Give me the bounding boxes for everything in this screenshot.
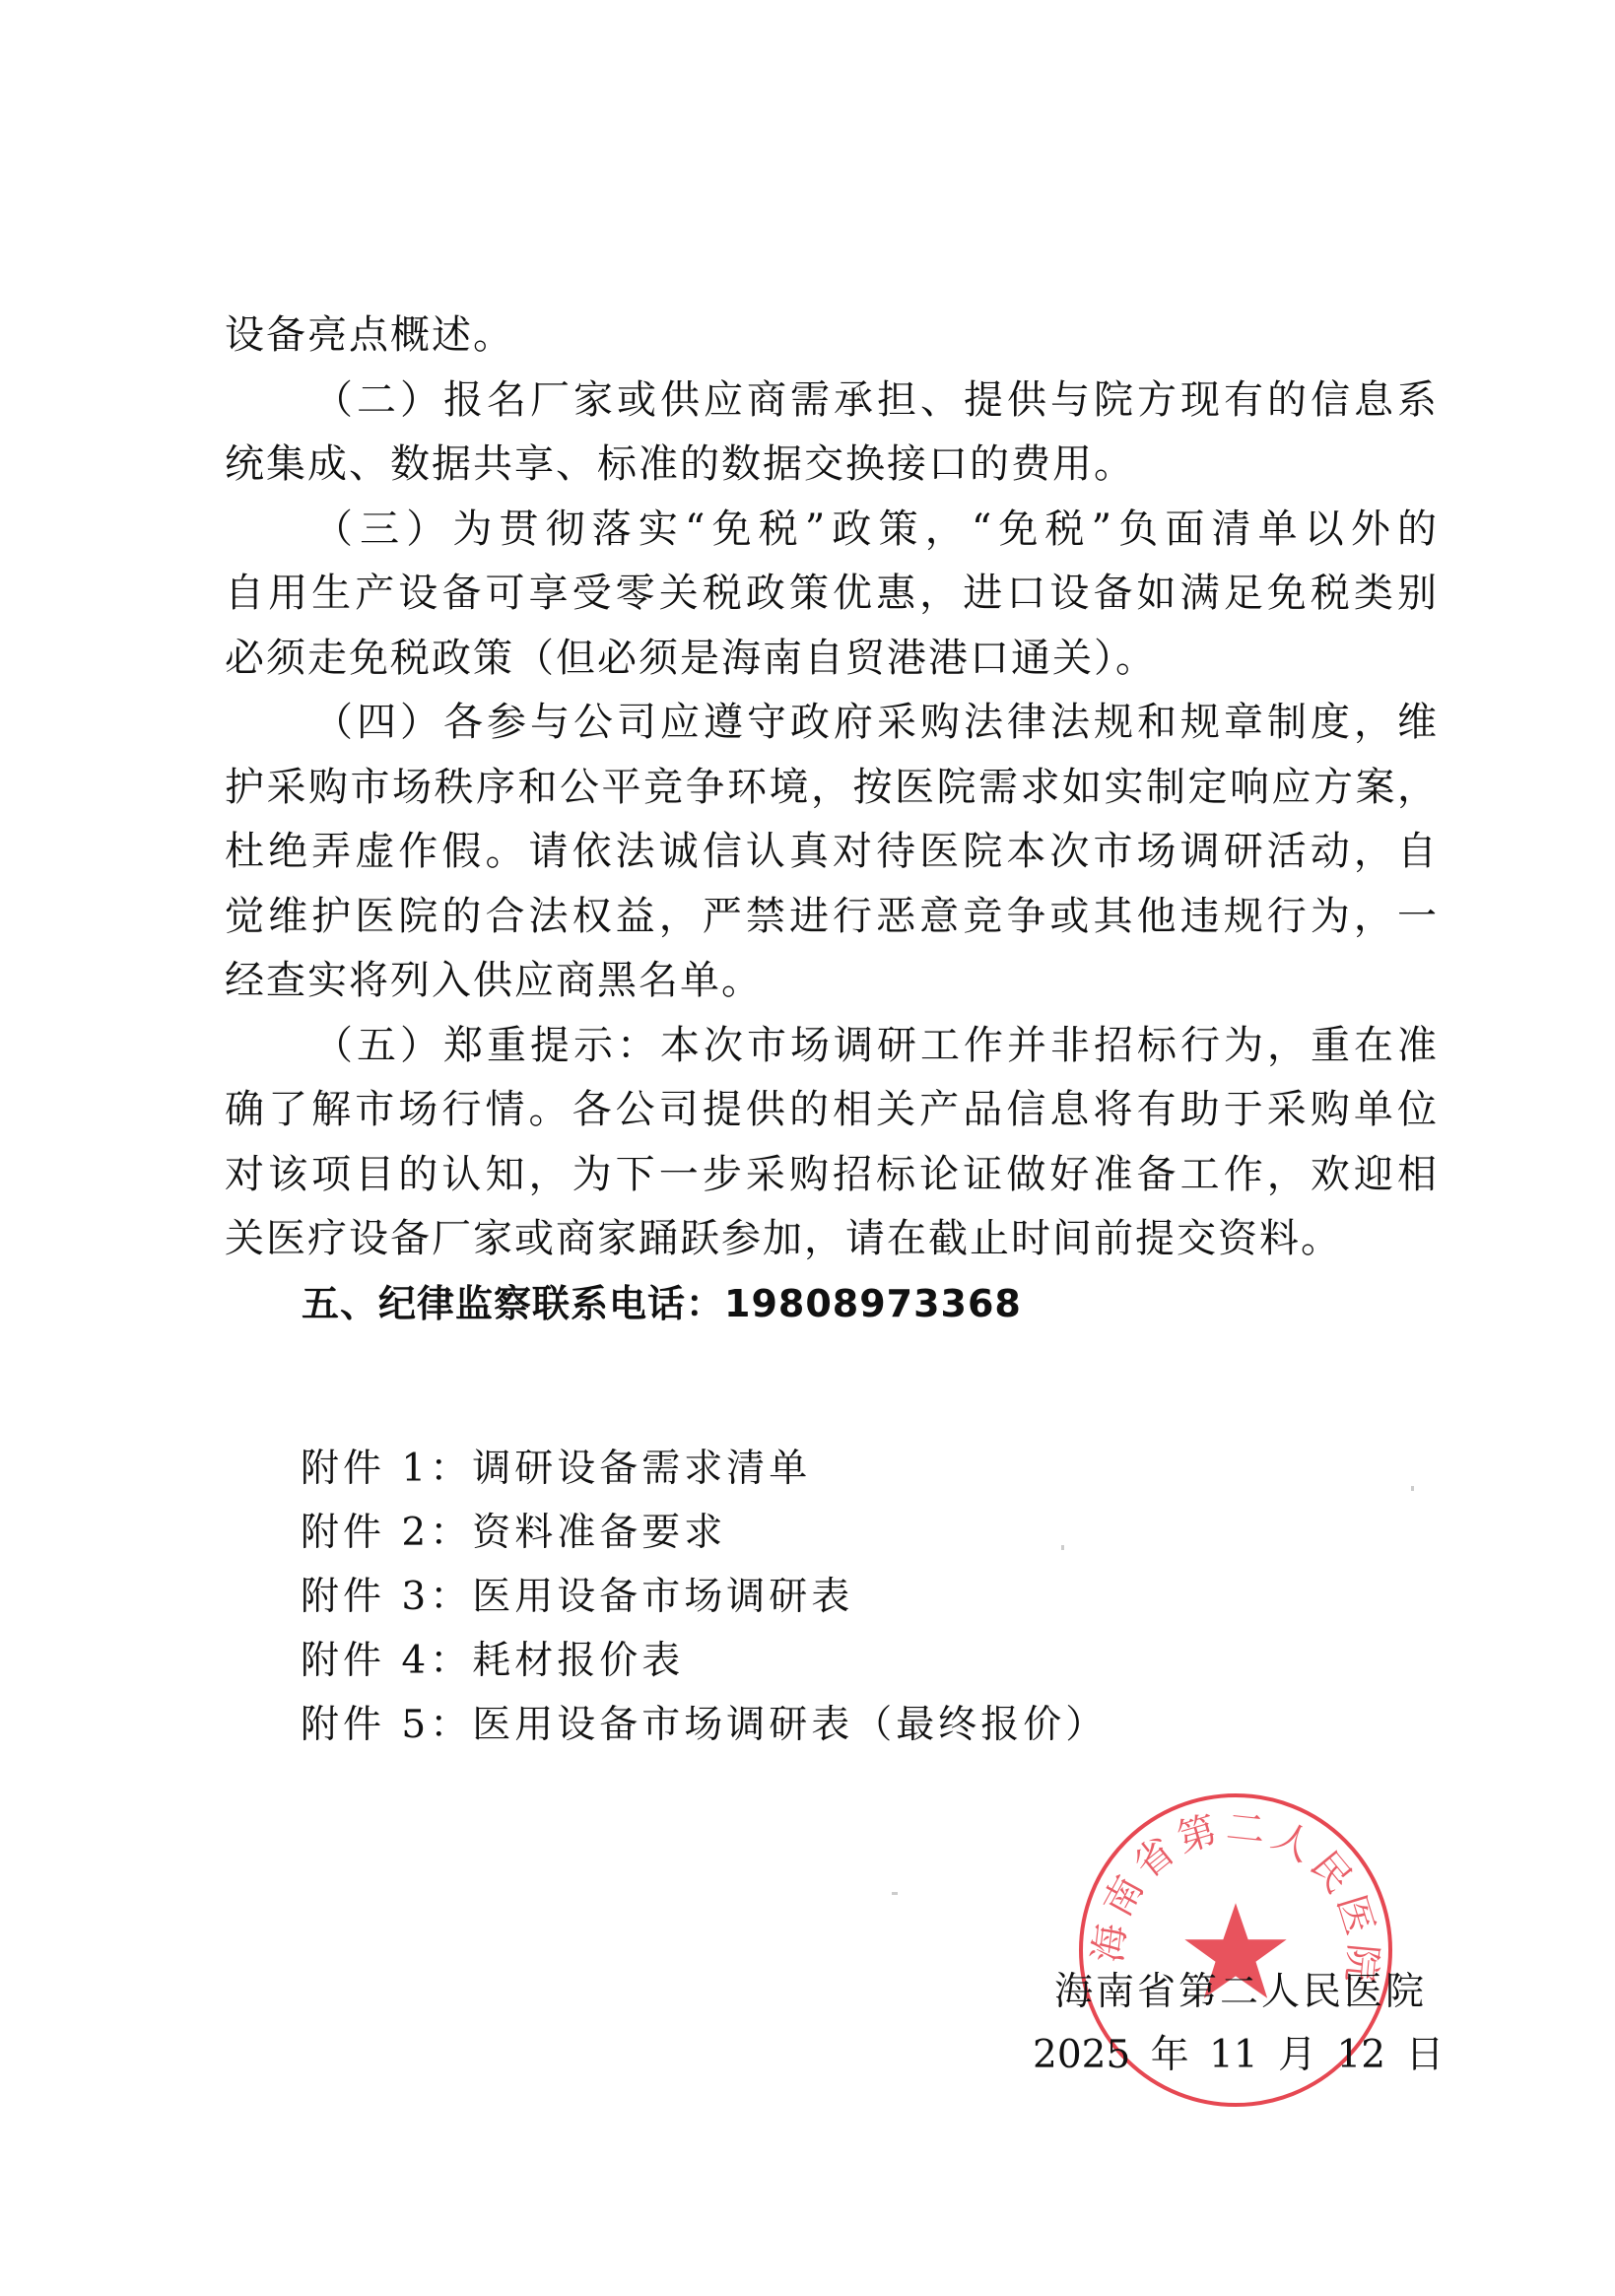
- attachment-title: 医用设备市场调研表（最终报价）: [472, 1703, 1108, 1747]
- paragraph-5-line-4: 关医疗设备厂家或商家踊跃参加，请在截止时间前提交资料。: [225, 1207, 1439, 1272]
- attachment-item: 附件 1：调研设备需求清单: [301, 1437, 1108, 1501]
- attachment-title: 医用设备市场调研表: [472, 1575, 853, 1619]
- attachment-label: 附件 1：: [301, 1447, 472, 1491]
- scan-speck: [892, 1892, 898, 1895]
- signature-block: 海南省第二人民医院 2025 年 11 月 12 日: [1033, 1961, 1427, 2087]
- attachment-label: 附件 3：: [301, 1575, 472, 1619]
- section-five-label: 五、纪律监察联系电话：: [302, 1282, 724, 1325]
- paragraph-5-line-3: 对该项目的认知，为下一步采购招标论证做好准备工作，欢迎相: [225, 1143, 1439, 1208]
- paragraph-3-line-1: （三）为贯彻落实“免税”政策，“免税”负面清单以外的: [225, 498, 1439, 563]
- paragraph-3-line-3: 必须走免税政策（但必须是海南自贸港港口通关）。: [225, 627, 1439, 692]
- scan-speck: [1061, 1545, 1064, 1550]
- section-five-heading: 五、纪律监察联系电话：19808973368: [225, 1272, 1439, 1337]
- attachment-title: 调研设备需求清单: [472, 1447, 811, 1491]
- attachment-item: 附件 4：耗材报价表: [301, 1629, 1108, 1693]
- attachment-label: 附件 2：: [301, 1511, 472, 1555]
- document-body: 设备亮点概述。 （二）报名厂家或供应商需承担、提供与院方现有的信息系 统集成、数…: [225, 304, 1439, 1336]
- attachment-item: 附件 5：医用设备市场调研表（最终报价）: [301, 1693, 1108, 1757]
- attachment-label: 附件 4：: [301, 1639, 472, 1683]
- paragraph-4-line-5: 经查实将列入供应商黑名单。: [225, 949, 1439, 1014]
- attachment-title: 资料准备要求: [472, 1511, 726, 1555]
- paragraph-5-line-1: （五）郑重提示：本次市场调研工作并非招标行为，重在准: [225, 1014, 1439, 1079]
- paragraph-5-line-2: 确了解市场行情。各公司提供的相关产品信息将有助于采购单位: [225, 1078, 1439, 1143]
- paragraph-2-line-1: （二）报名厂家或供应商需承担、提供与院方现有的信息系: [225, 369, 1439, 434]
- attachment-item: 附件 3：医用设备市场调研表: [301, 1565, 1108, 1629]
- scan-speck: [1411, 1486, 1414, 1491]
- paragraph-4-line-2: 护采购市场秩序和公平竞争环境，按医院需求如实制定响应方案，: [225, 756, 1439, 821]
- attachments-list: 附件 1：调研设备需求清单 附件 2：资料准备要求 附件 3：医用设备市场调研表…: [301, 1437, 1108, 1757]
- attachment-title: 耗材报价表: [472, 1639, 684, 1683]
- attachment-label: 附件 5：: [301, 1703, 472, 1747]
- paragraph-4-line-3: 杜绝弄虚作假。请依法诚信认真对待医院本次市场调研活动，自: [225, 820, 1439, 885]
- signature-date: 2025 年 11 月 12 日: [1033, 2024, 1427, 2087]
- paragraph-4-line-4: 觉维护医院的合法权益，严禁进行恶意竞争或其他违规行为，一: [225, 885, 1439, 950]
- paragraph-4-line-1: （四）各参与公司应遵守政府采购法律法规和规章制度，维: [225, 691, 1439, 756]
- document-page: 设备亮点概述。 （二）报名厂家或供应商需承担、提供与院方现有的信息系 统集成、数…: [0, 0, 1615, 2296]
- paragraph-3-line-2: 自用生产设备可享受零关税政策优惠，进口设备如满足免税类别: [225, 562, 1439, 627]
- paragraph-continuation-line: 设备亮点概述。: [225, 304, 1439, 369]
- section-five-phone: 19808973368: [724, 1282, 1022, 1325]
- signature-organization: 海南省第二人民医院: [1033, 1961, 1427, 2024]
- attachment-item: 附件 2：资料准备要求: [301, 1501, 1108, 1565]
- paragraph-2-line-2: 统集成、数据共享、标准的数据交换接口的费用。: [225, 433, 1439, 498]
